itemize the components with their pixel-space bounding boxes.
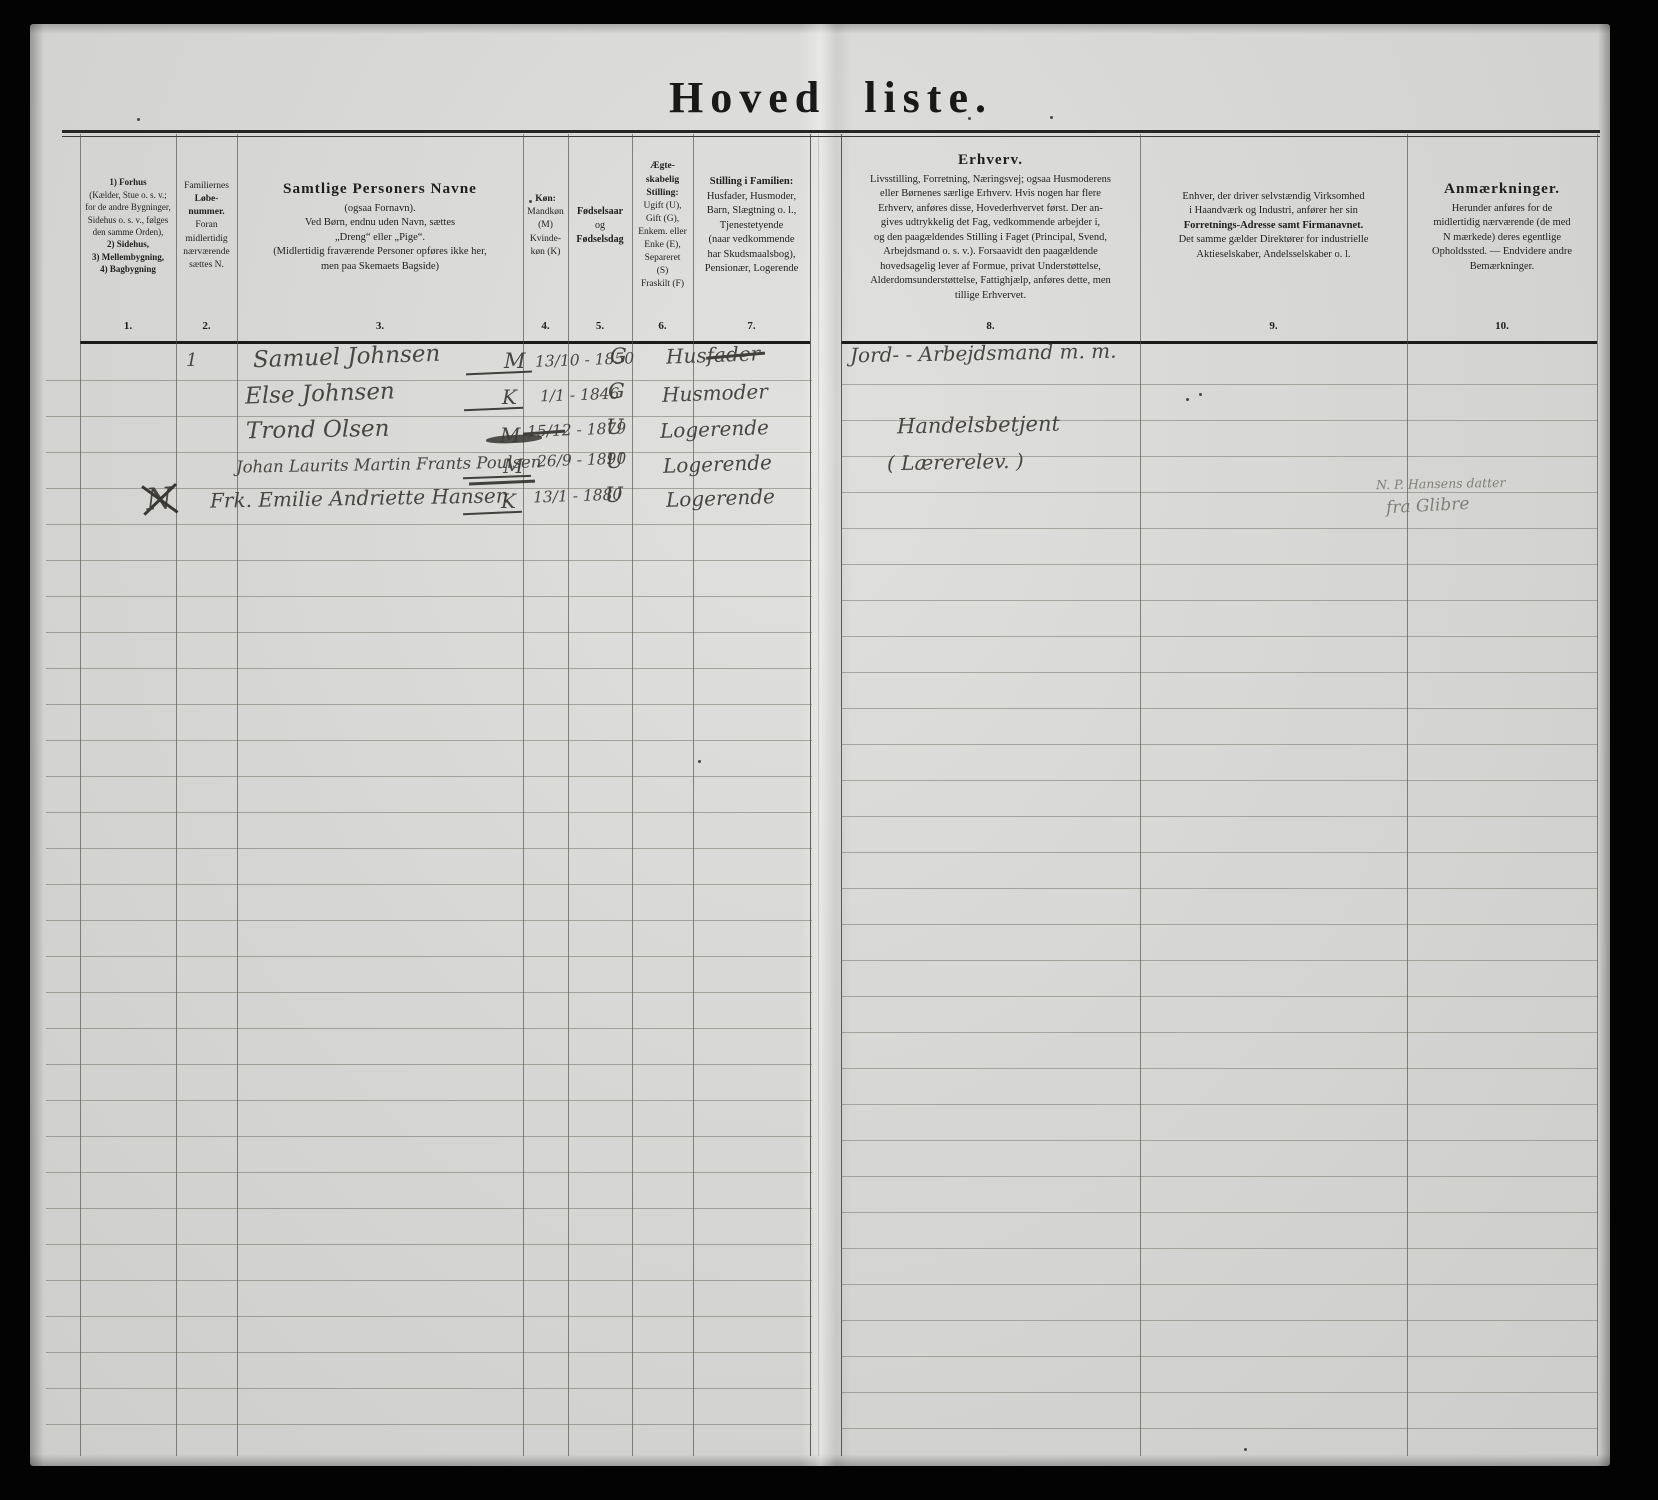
header-line: 1) Forhus bbox=[109, 176, 146, 188]
entry-row1-erhverv: Jord- - Arbejdsmand m. m. bbox=[850, 339, 1117, 368]
entry-row3-stilling: Logerende bbox=[660, 415, 770, 443]
column-number-2: 2. bbox=[176, 320, 237, 332]
header-line: Tjenestetyende bbox=[720, 219, 784, 233]
header-line: for de andre Bygninger, bbox=[85, 201, 171, 213]
header-line: og bbox=[595, 219, 605, 233]
entry-row5-n-mark: N bbox=[145, 481, 174, 518]
column-header-3: Samtlige Personers Navne(ogsaa Fornavn).… bbox=[237, 140, 523, 312]
scan-speck bbox=[137, 118, 140, 121]
header-line: Forretnings-Adresse samt Firmanavnet. bbox=[1184, 219, 1364, 233]
entry-row1-lobenummer: 1 bbox=[186, 350, 197, 371]
scan-speck bbox=[1186, 398, 1189, 401]
header-line: Kvinde- bbox=[530, 233, 561, 246]
entry-row4-stilling: Logerende bbox=[663, 450, 773, 478]
header-line: hovedsagelig lever af Formue, privat Und… bbox=[880, 260, 1101, 274]
header-line: Stilling i Familien: bbox=[710, 175, 793, 189]
entry-row3-stand: U bbox=[606, 415, 624, 439]
entry-row2-name: Else Johnsen bbox=[245, 378, 396, 409]
header-line: Løbe- bbox=[195, 193, 219, 206]
header-line: (M) bbox=[538, 219, 553, 232]
entry-row1-stilling: Husfader bbox=[666, 341, 761, 368]
column-header-9: Enhver, der driver selvstændig Virksomhe… bbox=[1140, 140, 1407, 312]
header-line: Aktieselskaber, Andelsselskaber o. l. bbox=[1196, 248, 1350, 262]
column-header-10: Anmærkninger.Herunder anføres for demidl… bbox=[1407, 140, 1597, 312]
header-line: Ved Børn, endnu uden Navn, sættes bbox=[305, 216, 455, 230]
scan-speck bbox=[1244, 1448, 1247, 1451]
header-line: Separeret bbox=[645, 252, 681, 265]
header-line: 4) Bagbygning bbox=[100, 263, 156, 275]
column-number-6: 6. bbox=[632, 320, 693, 332]
header-line: nærværende bbox=[183, 246, 229, 259]
header-line: Erhverv, anføres disse, Hovederhvervet f… bbox=[878, 202, 1103, 216]
scan-speck bbox=[1199, 393, 1202, 396]
header-line: Gift (G), bbox=[646, 213, 679, 226]
header-line: Enke (E), bbox=[644, 239, 680, 252]
header-line: (ogsaa Fornavn). bbox=[344, 202, 415, 216]
column-header-2: FamiliernesLøbe-nummer.Foranmidlertidign… bbox=[176, 140, 237, 312]
column-number-10: 10. bbox=[1407, 320, 1597, 332]
header-line: (S) bbox=[657, 265, 669, 278]
column-number-7: 7. bbox=[693, 320, 810, 332]
entry-row1-stand: G bbox=[610, 344, 627, 368]
header-line: gives udtrykkelig det Fag, vedkommende a… bbox=[881, 216, 1100, 230]
header-line: Enhver, der driver selvstændig Virksomhe… bbox=[1182, 190, 1364, 204]
entry-row5-stand: U bbox=[605, 483, 623, 507]
column-header-8: Erhverv.Livsstilling, Forretning, Næring… bbox=[841, 140, 1140, 312]
header-line: (naar vedkommende bbox=[708, 233, 794, 247]
header-line: Enkem. eller bbox=[638, 226, 687, 239]
column-header-7: Stilling i Familien:Husfader, Husmoder,B… bbox=[693, 140, 810, 312]
column-number-5: 5. bbox=[568, 320, 632, 332]
header-line: Fraskilt (F) bbox=[641, 278, 684, 291]
header-line: 2) Sidehus, bbox=[107, 238, 149, 250]
column-number-8: 8. bbox=[841, 320, 1140, 332]
header-line: 3) Mellembygning, bbox=[92, 251, 164, 263]
header-line: Pensionær, Logerende bbox=[705, 262, 798, 276]
row-ruling-right-page bbox=[841, 349, 1598, 1457]
header-line: eller Børnenes særlige Erhverv. Hvis nog… bbox=[880, 187, 1101, 201]
entry-row2-stilling: Husmoder bbox=[662, 379, 769, 407]
entry-row2-stand: G bbox=[608, 379, 625, 403]
header-line: skabelig bbox=[646, 174, 679, 187]
column-number-4: 4. bbox=[523, 320, 568, 332]
entry-row1-kon: M bbox=[504, 349, 526, 373]
header-line: i Haandværk og Industri, anfører her sin bbox=[1189, 204, 1358, 218]
header-line: Foran bbox=[195, 219, 217, 232]
header-line: „Dreng“ eller „Pige“. bbox=[335, 231, 425, 245]
header-line: Herunder anføres for de bbox=[1452, 202, 1553, 216]
header-line: midlertidig bbox=[185, 233, 227, 246]
header-line: Køn: bbox=[535, 193, 556, 206]
column-line bbox=[818, 134, 819, 1456]
scanned-census-sheet: Hoved liste. 1) Forhus(Kælder, Stue o. s… bbox=[0, 0, 1658, 1500]
header-line: Ægte- bbox=[650, 160, 675, 173]
header-line: Fødselsaar bbox=[577, 205, 623, 219]
column-header-5: FødselsaarogFødselsdag bbox=[568, 140, 632, 312]
title-rule-thick bbox=[62, 130, 1600, 133]
header-line: Arbejdsmand o. s. v.). Forsaavidt den pa… bbox=[883, 245, 1098, 259]
entry-row4-stand: U bbox=[606, 449, 624, 473]
header-line: Alderdomsunderstøttelse, Fattighjælp, an… bbox=[870, 274, 1111, 288]
entry-row4-erhverv: ( Lærerelev. ) bbox=[887, 449, 1024, 475]
header-line: Opholdssted. — Endvidere andre bbox=[1432, 245, 1572, 259]
entry-row3-kon: M bbox=[500, 423, 520, 447]
header-line: Stilling: bbox=[646, 187, 678, 200]
header-line: Erhverv. bbox=[958, 149, 1023, 170]
header-line: Livsstilling, Forretning, Næringsvej; og… bbox=[870, 173, 1111, 187]
header-line: køn (K) bbox=[531, 246, 561, 259]
header-line: har Skudsmaalsbog), bbox=[707, 248, 795, 262]
header-line: den samme Orden), bbox=[93, 226, 164, 238]
scan-speck bbox=[968, 117, 971, 120]
entry-row4-kon: M bbox=[503, 454, 523, 478]
header-line: (Midlertidig fraværende Personer opføres… bbox=[273, 245, 487, 259]
entry-row5-kon: K bbox=[501, 489, 516, 513]
header-line: N mærkede) deres egentlige bbox=[1443, 231, 1561, 245]
header-line: (Kælder, Stue o. s. v.; bbox=[89, 189, 167, 201]
header-line: Mandkøn bbox=[527, 206, 563, 219]
entry-row3-name: Trond Olsen bbox=[246, 416, 390, 445]
header-line: Samtlige Personers Navne bbox=[283, 178, 477, 199]
header-line: sættes N. bbox=[189, 259, 224, 272]
header-line: og den paagældendes Stilling i Faget (Pr… bbox=[874, 231, 1107, 245]
entry-row5-stilling: Logerende bbox=[666, 484, 776, 512]
column-number-3: 3. bbox=[237, 320, 523, 332]
header-line: Det samme gælder Direktører for industri… bbox=[1179, 233, 1369, 247]
header-line: Barn, Slægtning o. l., bbox=[707, 204, 797, 218]
column-header-6: Ægte-skabeligStilling:Ugift (U),Gift (G)… bbox=[632, 140, 693, 312]
column-number-1: 1. bbox=[80, 320, 176, 332]
scan-speck bbox=[529, 200, 532, 203]
page-title: Hoved liste. bbox=[62, 72, 1600, 123]
column-header-4: Køn:Mandkøn(M)Kvinde-køn (K) bbox=[523, 140, 568, 312]
header-line: men paa Skemaets Bagside) bbox=[321, 260, 439, 274]
header-line: nummer. bbox=[188, 206, 224, 219]
header-line: Husfader, Husmoder, bbox=[707, 190, 796, 204]
entry-row2-kon: K bbox=[502, 385, 517, 409]
header-line: Ugift (U), bbox=[644, 200, 682, 213]
entry-row3-erhverv: Handelsbetjent bbox=[897, 412, 1060, 439]
title-rule-thin bbox=[62, 136, 1600, 137]
scan-speck bbox=[1050, 116, 1053, 119]
header-line: Sidehus o. s. v., følges bbox=[88, 214, 168, 226]
header-line: Familiernes bbox=[184, 180, 229, 193]
header-line: Anmærkninger. bbox=[1444, 178, 1560, 199]
entry-row5-anm-line1: N. P. Hansens datter bbox=[1376, 475, 1506, 492]
header-line: Bemærkninger. bbox=[1470, 260, 1534, 274]
header-line: Fødselsdag bbox=[576, 233, 623, 247]
scan-speck bbox=[698, 760, 701, 763]
column-number-9: 9. bbox=[1140, 320, 1407, 332]
header-line: midlertidig nærværende (de med bbox=[1433, 216, 1570, 230]
header-line: tillige Erhvervet. bbox=[955, 289, 1026, 303]
column-header-1: 1) Forhus(Kælder, Stue o. s. v.;for de a… bbox=[80, 140, 176, 312]
